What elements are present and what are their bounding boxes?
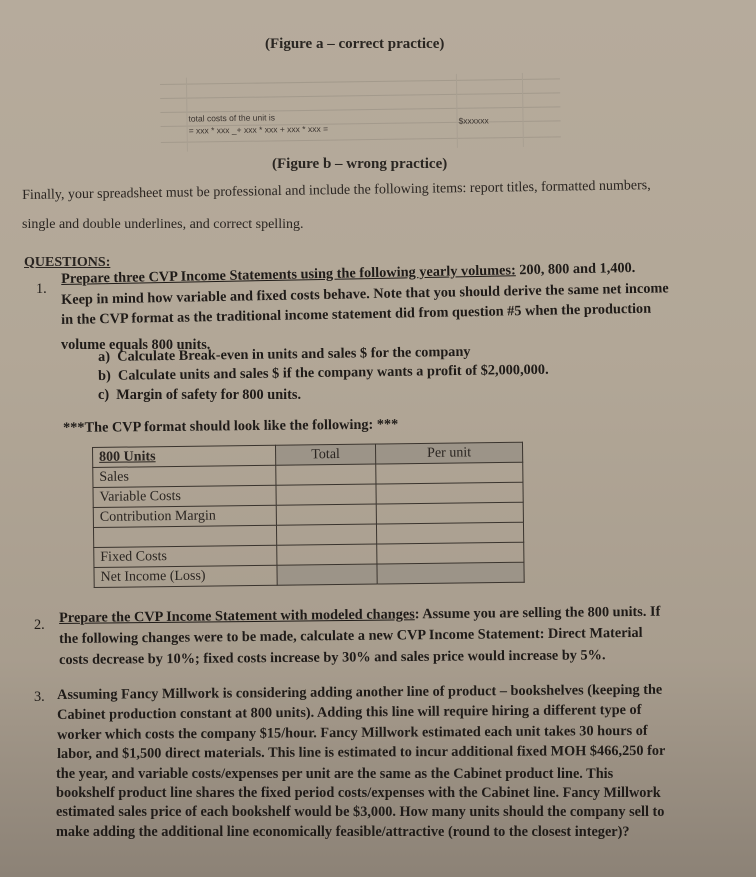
q2-line-1-rest: : Assume you are selling the 800 units. … bbox=[415, 604, 661, 623]
cell-total bbox=[277, 544, 377, 565]
q2-line-3: costs decrease by 10%; fixed costs incre… bbox=[59, 646, 606, 670]
table-row: Net Income (Loss) bbox=[94, 562, 524, 587]
q3-number: 3. bbox=[34, 688, 45, 707]
q3-line-2: Cabinet production constant at 800 units… bbox=[57, 701, 642, 725]
cell-total bbox=[277, 564, 377, 585]
cell-total bbox=[276, 484, 376, 505]
q1-volumes: 200, 800 and 1,400. bbox=[516, 260, 636, 278]
grid-line bbox=[161, 136, 561, 143]
cell-per-unit bbox=[377, 542, 524, 564]
q3-line-8: make adding the additional line economic… bbox=[56, 823, 630, 842]
cell-per-unit bbox=[376, 502, 523, 524]
figure-a-caption: (Figure a – correct practice) bbox=[265, 36, 444, 53]
q3-line-7: estimated sales price of each bookshelf … bbox=[56, 803, 664, 822]
q1-subitem-c: c) Margin of safety for 800 units. bbox=[98, 386, 301, 405]
subitem-marker: b) bbox=[98, 368, 111, 384]
subitem-text: Calculate units and sales $ if the compa… bbox=[118, 362, 549, 384]
row-label bbox=[93, 525, 276, 547]
row-label: Contribution Margin bbox=[93, 505, 276, 527]
q3-line-5: the year, and variable costs/expenses pe… bbox=[56, 765, 613, 784]
cell-per-unit bbox=[377, 562, 524, 584]
grid-line bbox=[160, 92, 560, 99]
figure-b-caption: (Figure b – wrong practice) bbox=[272, 156, 447, 173]
grid-line bbox=[160, 78, 560, 85]
header-units: 800 Units bbox=[93, 445, 276, 467]
cvp-format-note: ***The CVP format should look like the f… bbox=[63, 415, 398, 438]
cvp-format-table: 800 Units Total Per unit Sales Variable … bbox=[92, 442, 525, 588]
row-label: Sales bbox=[93, 465, 276, 487]
cell-per-unit bbox=[376, 482, 523, 504]
cell-total bbox=[276, 504, 376, 525]
cell-per-unit bbox=[376, 462, 523, 484]
q2-line-2: the following changes were to be made, c… bbox=[59, 624, 643, 649]
q1-number: 1. bbox=[36, 280, 47, 299]
figure-b-label-line2: = xxx * xxx _+ xxx * xxx + xxx * xxx = bbox=[189, 124, 328, 136]
subitem-text: Margin of safety for 800 units. bbox=[116, 387, 301, 403]
subitem-marker: a) bbox=[98, 349, 110, 365]
grid-line bbox=[522, 73, 524, 147]
figure-b-value: $xxxxxx bbox=[458, 115, 488, 125]
row-label: Fixed Costs bbox=[94, 545, 277, 567]
subitem-marker: c) bbox=[98, 387, 109, 403]
cell-total bbox=[276, 464, 376, 485]
document-page: (Figure a – correct practice) total cost… bbox=[0, 0, 756, 877]
q2-number: 2. bbox=[34, 616, 45, 635]
figure-b-spreadsheet: total costs of the unit is = xxx * xxx _… bbox=[160, 78, 561, 146]
header-per-unit: Per unit bbox=[375, 442, 522, 464]
q3-line-6: bookshelf product line shares the fixed … bbox=[56, 784, 661, 803]
figure-b-label-line1: total costs of the unit is bbox=[188, 112, 275, 123]
cell-per-unit bbox=[376, 522, 523, 544]
header-units-label: 800 Units bbox=[99, 449, 156, 465]
intro-line-2: single and double underlines, and correc… bbox=[22, 215, 303, 234]
q2-task-title: Prepare the CVP Income Statement with mo… bbox=[59, 606, 415, 626]
header-total: Total bbox=[275, 444, 375, 465]
cell-total bbox=[276, 524, 376, 545]
q3-line-4: labor, and $1,500 direct materials. This… bbox=[57, 742, 665, 764]
grid-line bbox=[456, 74, 458, 148]
row-label: Variable Costs bbox=[93, 485, 276, 507]
row-label: Net Income (Loss) bbox=[94, 565, 277, 587]
grid-line bbox=[160, 106, 560, 113]
intro-line-1: Finally, your spreadsheet must be profes… bbox=[22, 176, 651, 205]
